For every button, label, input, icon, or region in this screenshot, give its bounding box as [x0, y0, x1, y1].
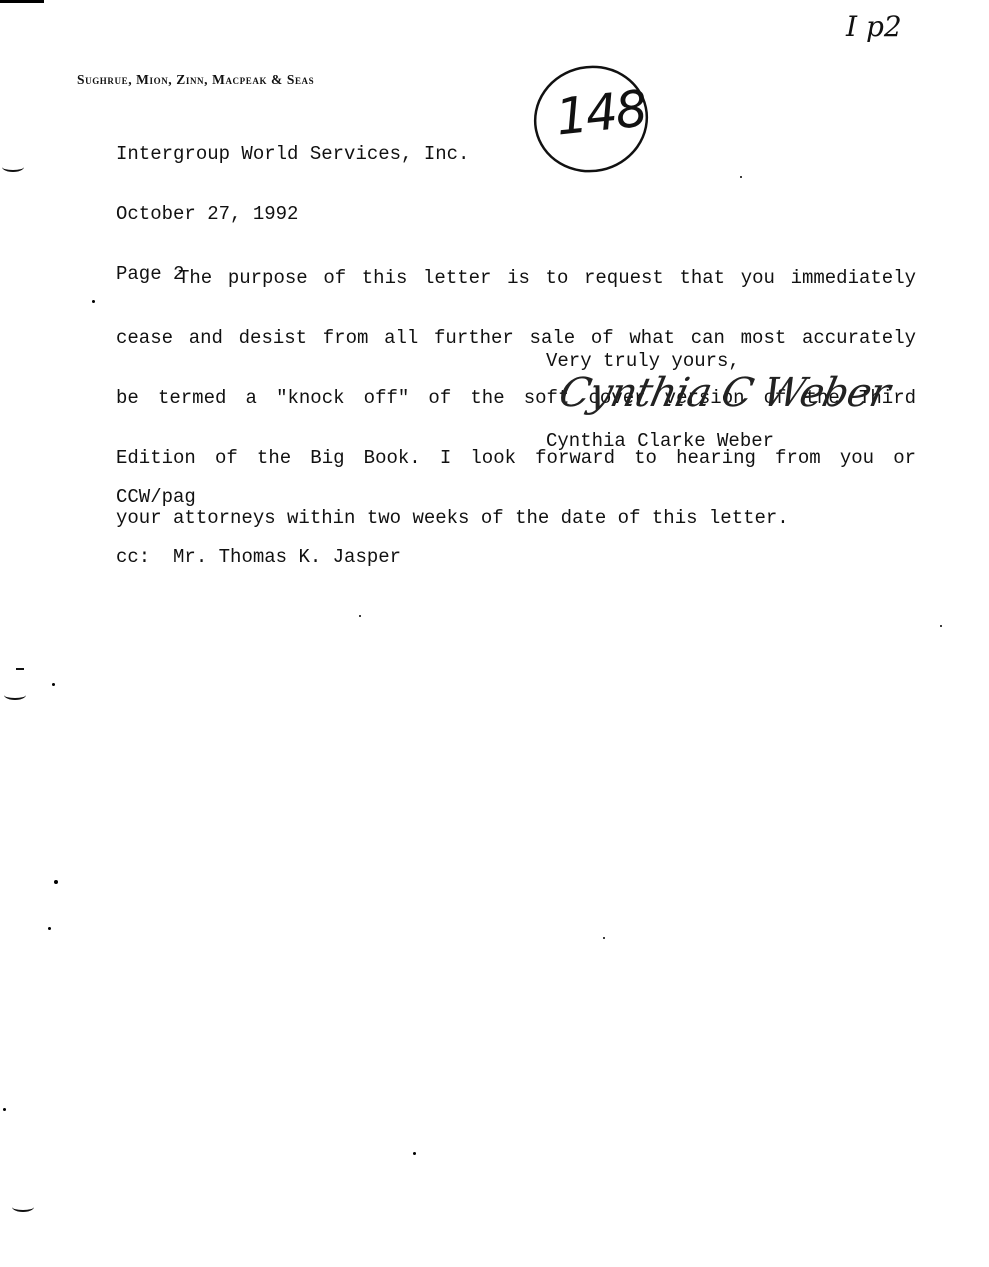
punch-hole-mark	[2, 162, 24, 172]
scan-speck	[940, 625, 942, 627]
scan-speck	[413, 1152, 416, 1155]
scan-speck	[603, 937, 605, 939]
cc-line: cc: Mr. Thomas K. Jasper	[116, 547, 401, 567]
scan-speck	[740, 176, 742, 178]
scan-speck	[54, 880, 58, 884]
punch-hole-mark	[12, 1202, 34, 1212]
body-line: cease and desist from all further sale o…	[116, 328, 916, 348]
closing-salutation: Very truly yours,	[546, 351, 740, 371]
scan-speck	[92, 300, 95, 303]
scan-speck	[48, 927, 51, 930]
circled-number-annotation: 148	[530, 62, 652, 176]
scan-speck	[359, 615, 361, 617]
cc-recipient: Mr. Thomas K. Jasper	[173, 546, 401, 568]
handwritten-signature: Cynthia C Weber	[555, 370, 893, 416]
punch-hole-mark	[4, 690, 26, 700]
body-line: The purpose of this letter is to request…	[116, 268, 916, 288]
footer-block: CCW/pag cc: Mr. Thomas K. Jasper	[116, 447, 401, 587]
scan-speck	[52, 683, 55, 686]
scan-speck	[3, 1108, 6, 1111]
firm-letterhead: Sughrue, Mion, Zinn, Macpeak & Seas	[77, 72, 314, 88]
scan-edge-mark	[0, 0, 44, 3]
dash-mark	[16, 668, 24, 670]
typist-initials: CCW/pag	[116, 487, 401, 507]
recipient-line: Intergroup World Services, Inc.	[116, 144, 469, 164]
cc-label: cc:	[116, 546, 150, 568]
signer-name: Cynthia Clarke Weber	[546, 431, 774, 451]
date-line: October 27, 1992	[116, 204, 469, 224]
circled-number-text: 148	[553, 79, 648, 146]
handwritten-page-mark: I p2	[846, 10, 902, 43]
